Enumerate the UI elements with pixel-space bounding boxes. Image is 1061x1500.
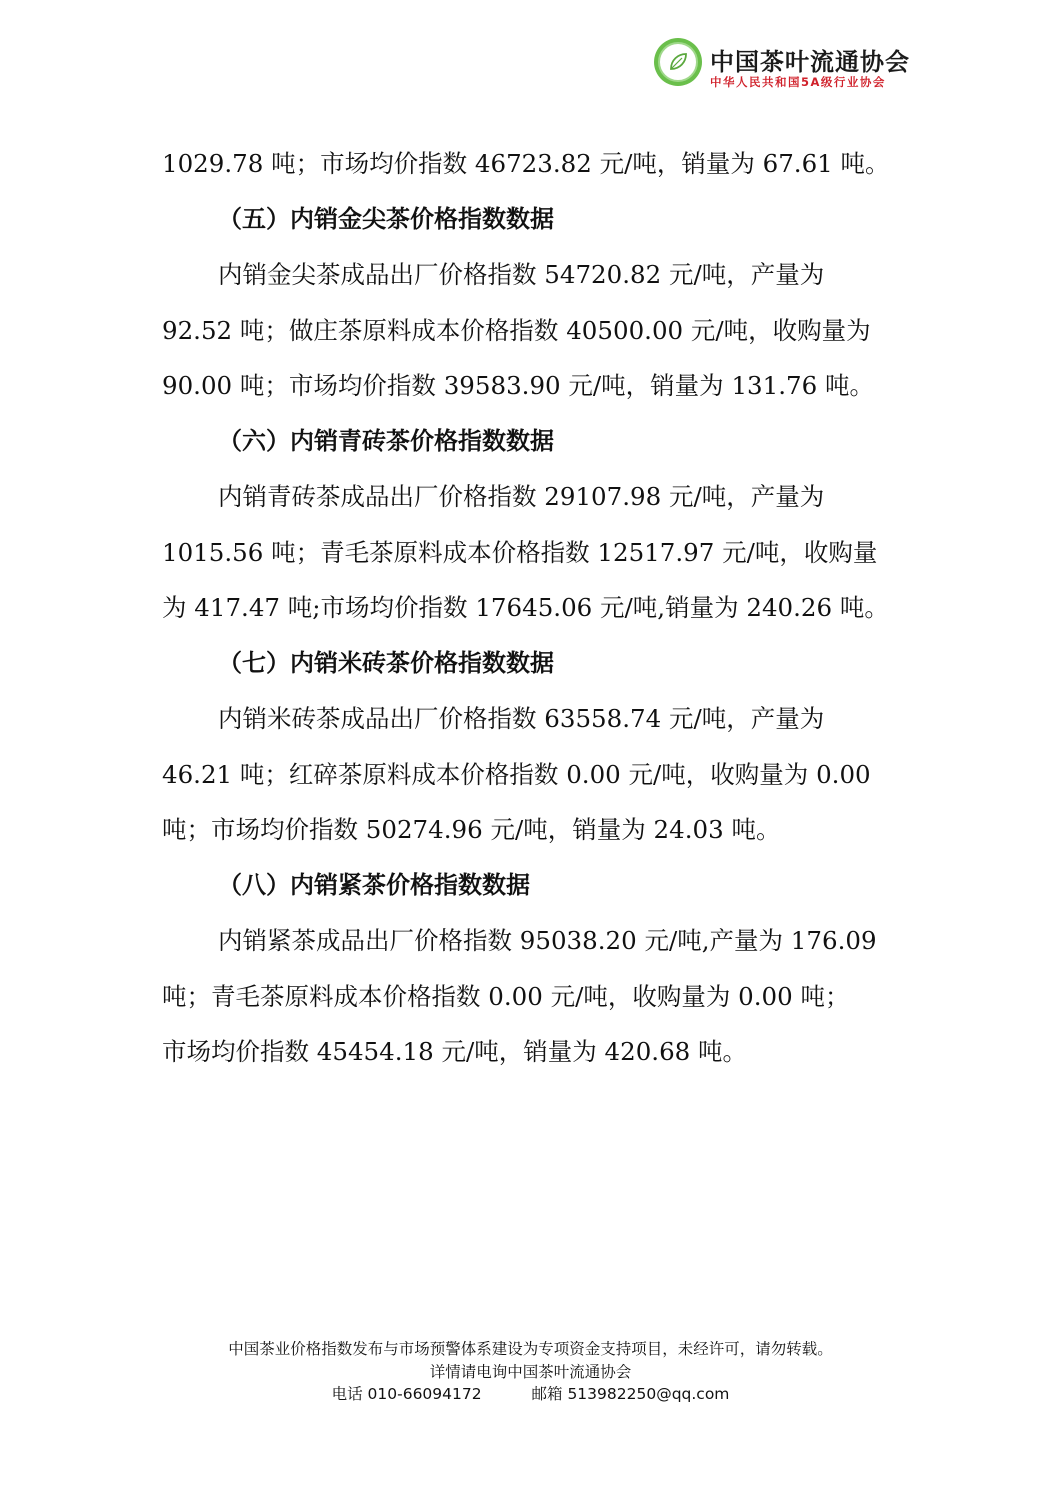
contact-line: 详情请电询中国茶叶流通协会 [0,1361,1061,1384]
paragraph-line: 90.00 吨；市场均价指数 39583.90 元/吨，销量为 131.76 吨… [162,358,902,414]
paragraph-line: 内销紧茶成品出厂价格指数 95038.20 元/吨,产量为 176.09 [162,913,902,969]
logo-subtitle: 中华人民共和国5A级行业协会 [710,74,886,90]
contact-details: 电话 010-66094172 邮箱 513982250@qq.com [0,1383,1061,1406]
logo-name: 中国茶叶流通协会 [710,42,910,77]
paragraph-line: 内销青砖茶成品出厂价格指数 29107.98 元/吨，产量为 [162,469,902,525]
paragraph-line: 1015.56 吨；青毛茶原料成本价格指数 12517.97 元/吨，收购量 [162,525,902,581]
paragraph-line: 92.52 吨；做庄茶原料成本价格指数 40500.00 元/吨，收购量为 [162,303,902,359]
phone-number: 010-66094172 [368,1385,482,1403]
copyright-notice: 中国茶业价格指数发布与市场预警体系建设为专项资金支持项目，未经许可，请勿转载。 [0,1338,1061,1361]
section-heading: （六）内销青砖茶价格指数数据 [162,414,902,470]
paragraph-line: 内销米砖茶成品出厂价格指数 63558.74 元/吨，产量为 [162,691,902,747]
tea-leaf-emblem-icon [654,38,702,86]
phone-label: 电话 [332,1385,363,1403]
paragraph-line: 1029.78 吨；市场均价指数 46723.82 元/吨，销量为 67.61 … [162,136,902,192]
section-heading: （七）内销米砖茶价格指数数据 [162,636,902,692]
paragraph-line: 为 417.47 吨;市场均价指数 17645.06 元/吨,销量为 240.2… [162,580,902,636]
association-logo: 中国茶叶流通协会 中华人民共和国5A级行业协会 [654,38,924,90]
paragraph-line: 吨；青毛茶原料成本价格指数 0.00 元/吨，收购量为 0.00 吨； [162,969,902,1025]
section-heading: （八）内销紧茶价格指数数据 [162,858,902,914]
paragraph-line: 市场均价指数 45454.18 元/吨，销量为 420.68 吨。 [162,1024,902,1080]
paragraph-line: 内销金尖茶成品出厂价格指数 54720.82 元/吨，产量为 [162,247,902,303]
email-address: 513982250@qq.com [567,1385,729,1403]
email-label: 邮箱 [531,1385,562,1403]
page-footer: 中国茶业价格指数发布与市场预警体系建设为专项资金支持项目，未经许可，请勿转载。 … [0,1338,1061,1406]
paragraph-line: 46.21 吨；红碎茶原料成本价格指数 0.00 元/吨，收购量为 0.00 [162,747,902,803]
document-body: 1029.78 吨；市场均价指数 46723.82 元/吨，销量为 67.61 … [162,136,902,1080]
section-heading: （五）内销金尖茶价格指数数据 [162,192,902,248]
paragraph-line: 吨；市场均价指数 50274.96 元/吨，销量为 24.03 吨。 [162,802,902,858]
